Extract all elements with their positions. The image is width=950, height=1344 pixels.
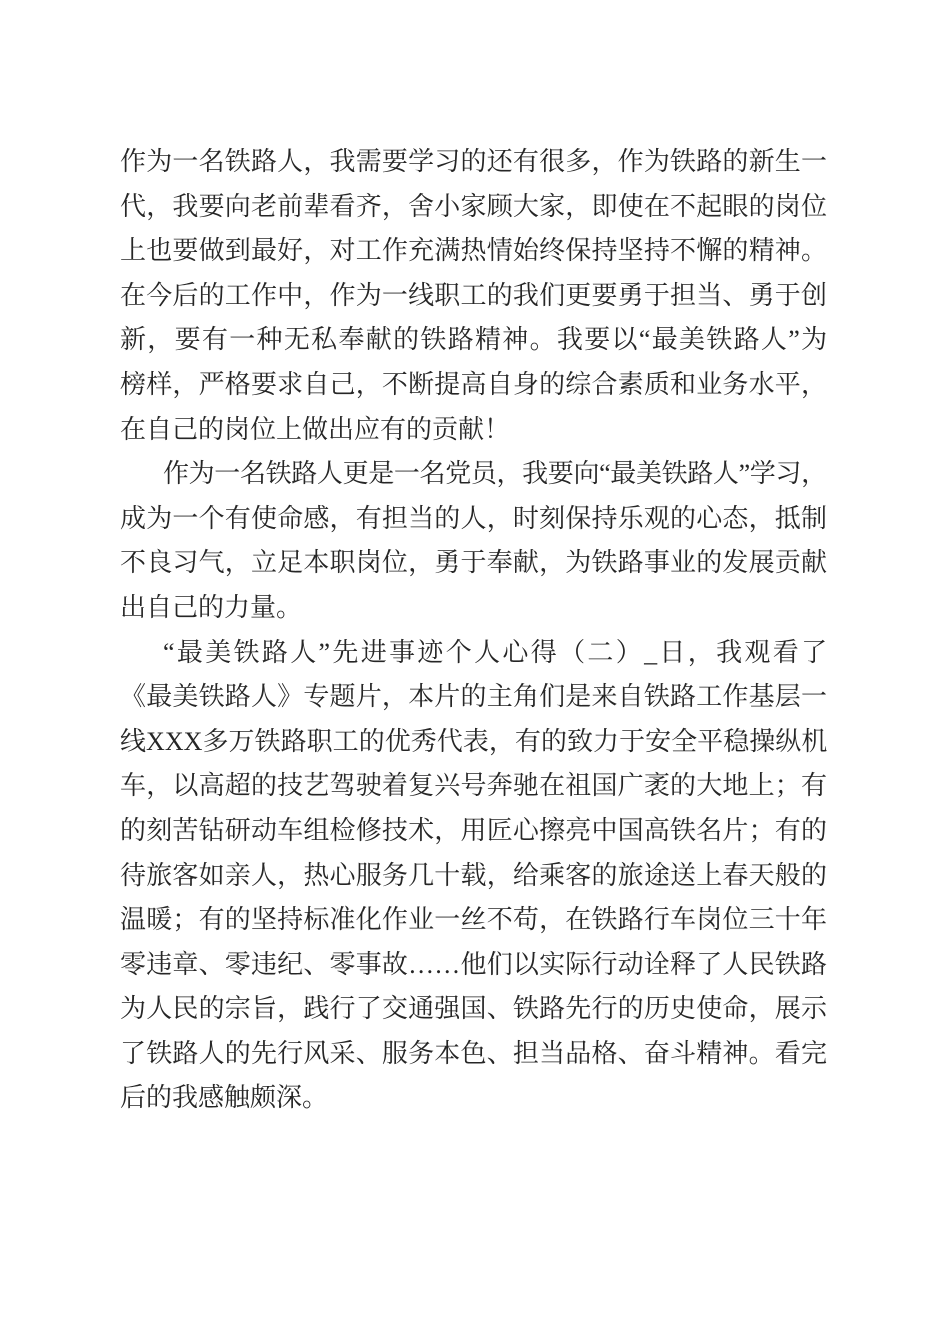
text-line-content: 榜样，严格要求自己，不断提高自身的综合素质和业务水平，	[120, 370, 827, 399]
text-line-content: 为人民的宗旨，践行了交通强国、铁路先行的历史使命，展示	[120, 994, 827, 1023]
text-line-content: “最美铁路人”先进事迹个人心得（二）_日，我观看了	[163, 638, 827, 667]
text-line-content: 出自己的力量。	[120, 593, 302, 622]
text-line: 代，我要向老前辈看齐，舍小家顾大家，即使在不起眼的岗位	[120, 185, 827, 230]
text-line-content: 新，要有一种无私奉献的铁路精神。我要以“最美铁路人”为	[120, 325, 827, 354]
text-line-content: 代，我要向老前辈看齐，舍小家顾大家，即使在不起眼的岗位	[120, 192, 827, 221]
text-line-content: 车，以高超的技艺驾驶着复兴号奔驰在祖国广袤的大地上；有	[120, 771, 827, 800]
text-line-content: 线XXX多万铁路职工的优秀代表，有的致力于安全平稳操纵机	[120, 727, 827, 756]
text-line-content: 了铁路人的先行风采、服务本色、担当品格、奋斗精神。看完	[120, 1039, 827, 1068]
paragraph: 作为一名铁路人更是一名党员，我要向“最美铁路人”学习，成为一个有使命感，有担当的…	[120, 452, 827, 630]
text-line: 出自己的力量。	[120, 586, 827, 631]
text-line-content: 待旅客如亲人，热心服务几十载，给乘客的旅途送上春天般的	[120, 861, 827, 890]
text-line: 上也要做到最好，对工作充满热情始终保持坚持不懈的精神。	[120, 229, 827, 274]
paragraph: 作为一名铁路人，我需要学习的还有很多，作为铁路的新生一代，我要向老前辈看齐，舍小…	[120, 140, 827, 452]
text-line: 的刻苦钻研动车组检修技术，用匠心擦亮中国高铁名片；有的	[120, 809, 827, 854]
text-line-content: 的刻苦钻研动车组检修技术，用匠心擦亮中国高铁名片；有的	[120, 816, 827, 845]
text-line: 成为一个有使命感，有担当的人，时刻保持乐观的心态，抵制	[120, 497, 827, 542]
text-line-content: 在今后的工作中，作为一线职工的我们更要勇于担当、勇于创	[120, 281, 827, 310]
text-line: 后的我感触颇深。	[120, 1076, 827, 1121]
text-line: 《最美铁路人》专题片，本片的主角们是来自铁路工作基层一	[120, 675, 827, 720]
text-line: 榜样，严格要求自己，不断提高自身的综合素质和业务水平，	[120, 363, 827, 408]
text-line: 为人民的宗旨，践行了交通强国、铁路先行的历史使命，展示	[120, 987, 827, 1032]
text-line: 零违章、零违纪、零事故……他们以实际行动诠释了人民铁路	[120, 943, 827, 988]
text-line: 不良习气，立足本职岗位，勇于奉献，为铁路事业的发展贡献	[120, 541, 827, 586]
text-line-content: 作为一名铁路人更是一名党员，我要向“最美铁路人”学习，	[163, 459, 827, 488]
text-line: 待旅客如亲人，热心服务几十载，给乘客的旅途送上春天般的	[120, 854, 827, 899]
text-line-content: 温暖；有的坚持标准化作业一丝不苟，在铁路行车岗位三十年	[120, 905, 827, 934]
text-line: 作为一名铁路人，我需要学习的还有很多，作为铁路的新生一	[120, 140, 827, 185]
text-line: 温暖；有的坚持标准化作业一丝不苟，在铁路行车岗位三十年	[120, 898, 827, 943]
text-line: 作为一名铁路人更是一名党员，我要向“最美铁路人”学习，	[120, 452, 827, 497]
text-line-content: 《最美铁路人》专题片，本片的主角们是来自铁路工作基层一	[120, 682, 827, 711]
document-page: 作为一名铁路人，我需要学习的还有很多，作为铁路的新生一代，我要向老前辈看齐，舍小…	[0, 0, 950, 1344]
text-line: 线XXX多万铁路职工的优秀代表，有的致力于安全平稳操纵机	[120, 720, 827, 765]
text-line: 了铁路人的先行风采、服务本色、担当品格、奋斗精神。看完	[120, 1032, 827, 1077]
text-line-content: 零违章、零违纪、零事故……他们以实际行动诠释了人民铁路	[120, 950, 827, 979]
text-line-content: 上也要做到最好，对工作充满热情始终保持坚持不懈的精神。	[120, 236, 827, 265]
text-line: 新，要有一种无私奉献的铁路精神。我要以“最美铁路人”为	[120, 318, 827, 363]
text-line-content: 成为一个有使命感，有担当的人，时刻保持乐观的心态，抵制	[120, 504, 827, 533]
text-line-content: 不良习气，立足本职岗位，勇于奉献，为铁路事业的发展贡献	[120, 548, 827, 577]
text-line: 车，以高超的技艺驾驶着复兴号奔驰在祖国广袤的大地上；有	[120, 764, 827, 809]
text-body: 作为一名铁路人，我需要学习的还有很多，作为铁路的新生一代，我要向老前辈看齐，舍小…	[120, 140, 827, 1121]
text-line-content: 在自己的岗位上做出应有的贡献！	[120, 415, 510, 444]
paragraph: “最美铁路人”先进事迹个人心得（二）_日，我观看了《最美铁路人》专题片，本片的主…	[120, 631, 827, 1122]
text-line: 在自己的岗位上做出应有的贡献！	[120, 408, 827, 453]
text-line-content: 作为一名铁路人，我需要学习的还有很多，作为铁路的新生一	[120, 147, 827, 176]
text-line: 在今后的工作中，作为一线职工的我们更要勇于担当、勇于创	[120, 274, 827, 319]
text-line: “最美铁路人”先进事迹个人心得（二）_日，我观看了	[120, 631, 827, 676]
text-line-content: 后的我感触颇深。	[120, 1083, 328, 1112]
